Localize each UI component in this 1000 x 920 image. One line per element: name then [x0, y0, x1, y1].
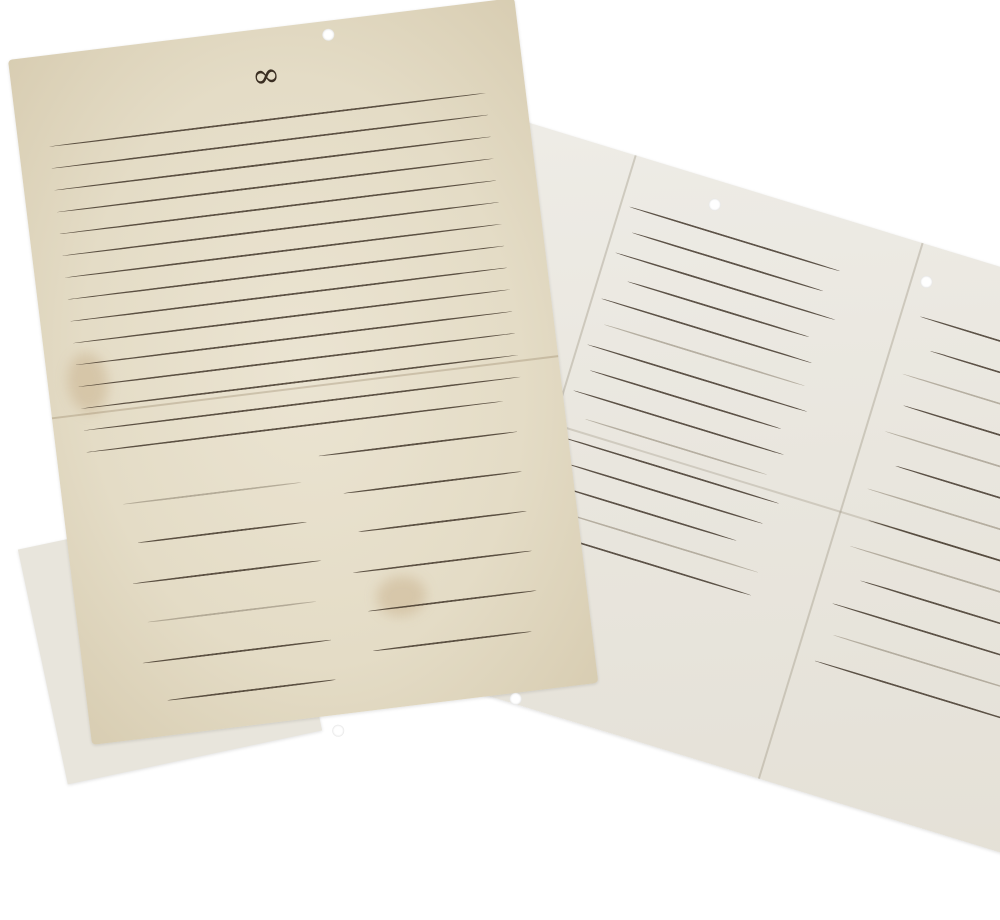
body-text [49, 91, 536, 473]
punch-hole [707, 197, 722, 212]
signatures-block [120, 428, 567, 727]
front-manuscript-leaf: ∞ [8, 0, 598, 745]
punch-hole [322, 28, 335, 41]
punch-hole [332, 724, 345, 737]
manuscript-photo: ∞ [0, 0, 1000, 920]
punch-hole [919, 274, 934, 289]
signature-flourish: ∞ [250, 57, 282, 94]
